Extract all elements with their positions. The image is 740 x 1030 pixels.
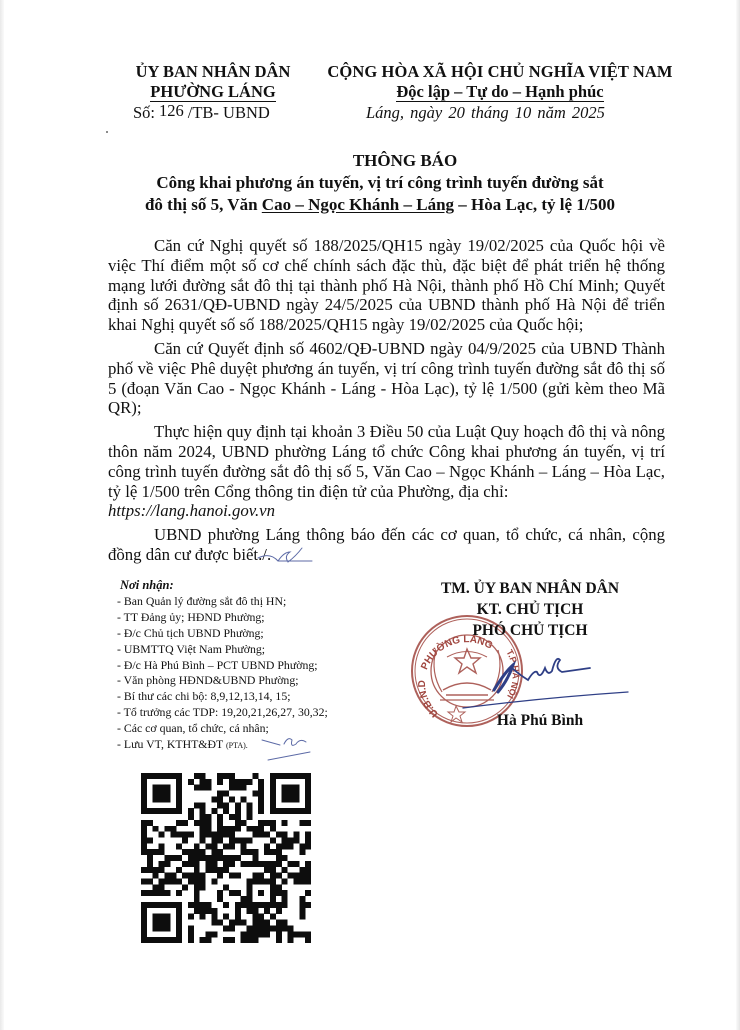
qr-code-icon[interactable] — [141, 773, 311, 943]
stamp-and-signature-layer: PHƯỜNG LÁNG U.B.N.D T.P HÀ NỘI — [0, 0, 740, 1030]
signer-name: Hà Phú Bình — [465, 712, 615, 730]
sig-for-chairman: KT. CHỦ TỊCH — [405, 599, 655, 620]
archive-initials-icon — [262, 739, 310, 760]
sig-on-behalf: TM. ỦY BAN NHÂN DÂN — [405, 578, 655, 599]
sig-vice-chairman: PHÓ CHỦ TỊCH — [405, 620, 655, 641]
initials-mark-icon — [258, 548, 312, 562]
signature-block: TM. ỦY BAN NHÂN DÂN KT. CHỦ TỊCH PHÓ CHỦ… — [405, 578, 655, 641]
